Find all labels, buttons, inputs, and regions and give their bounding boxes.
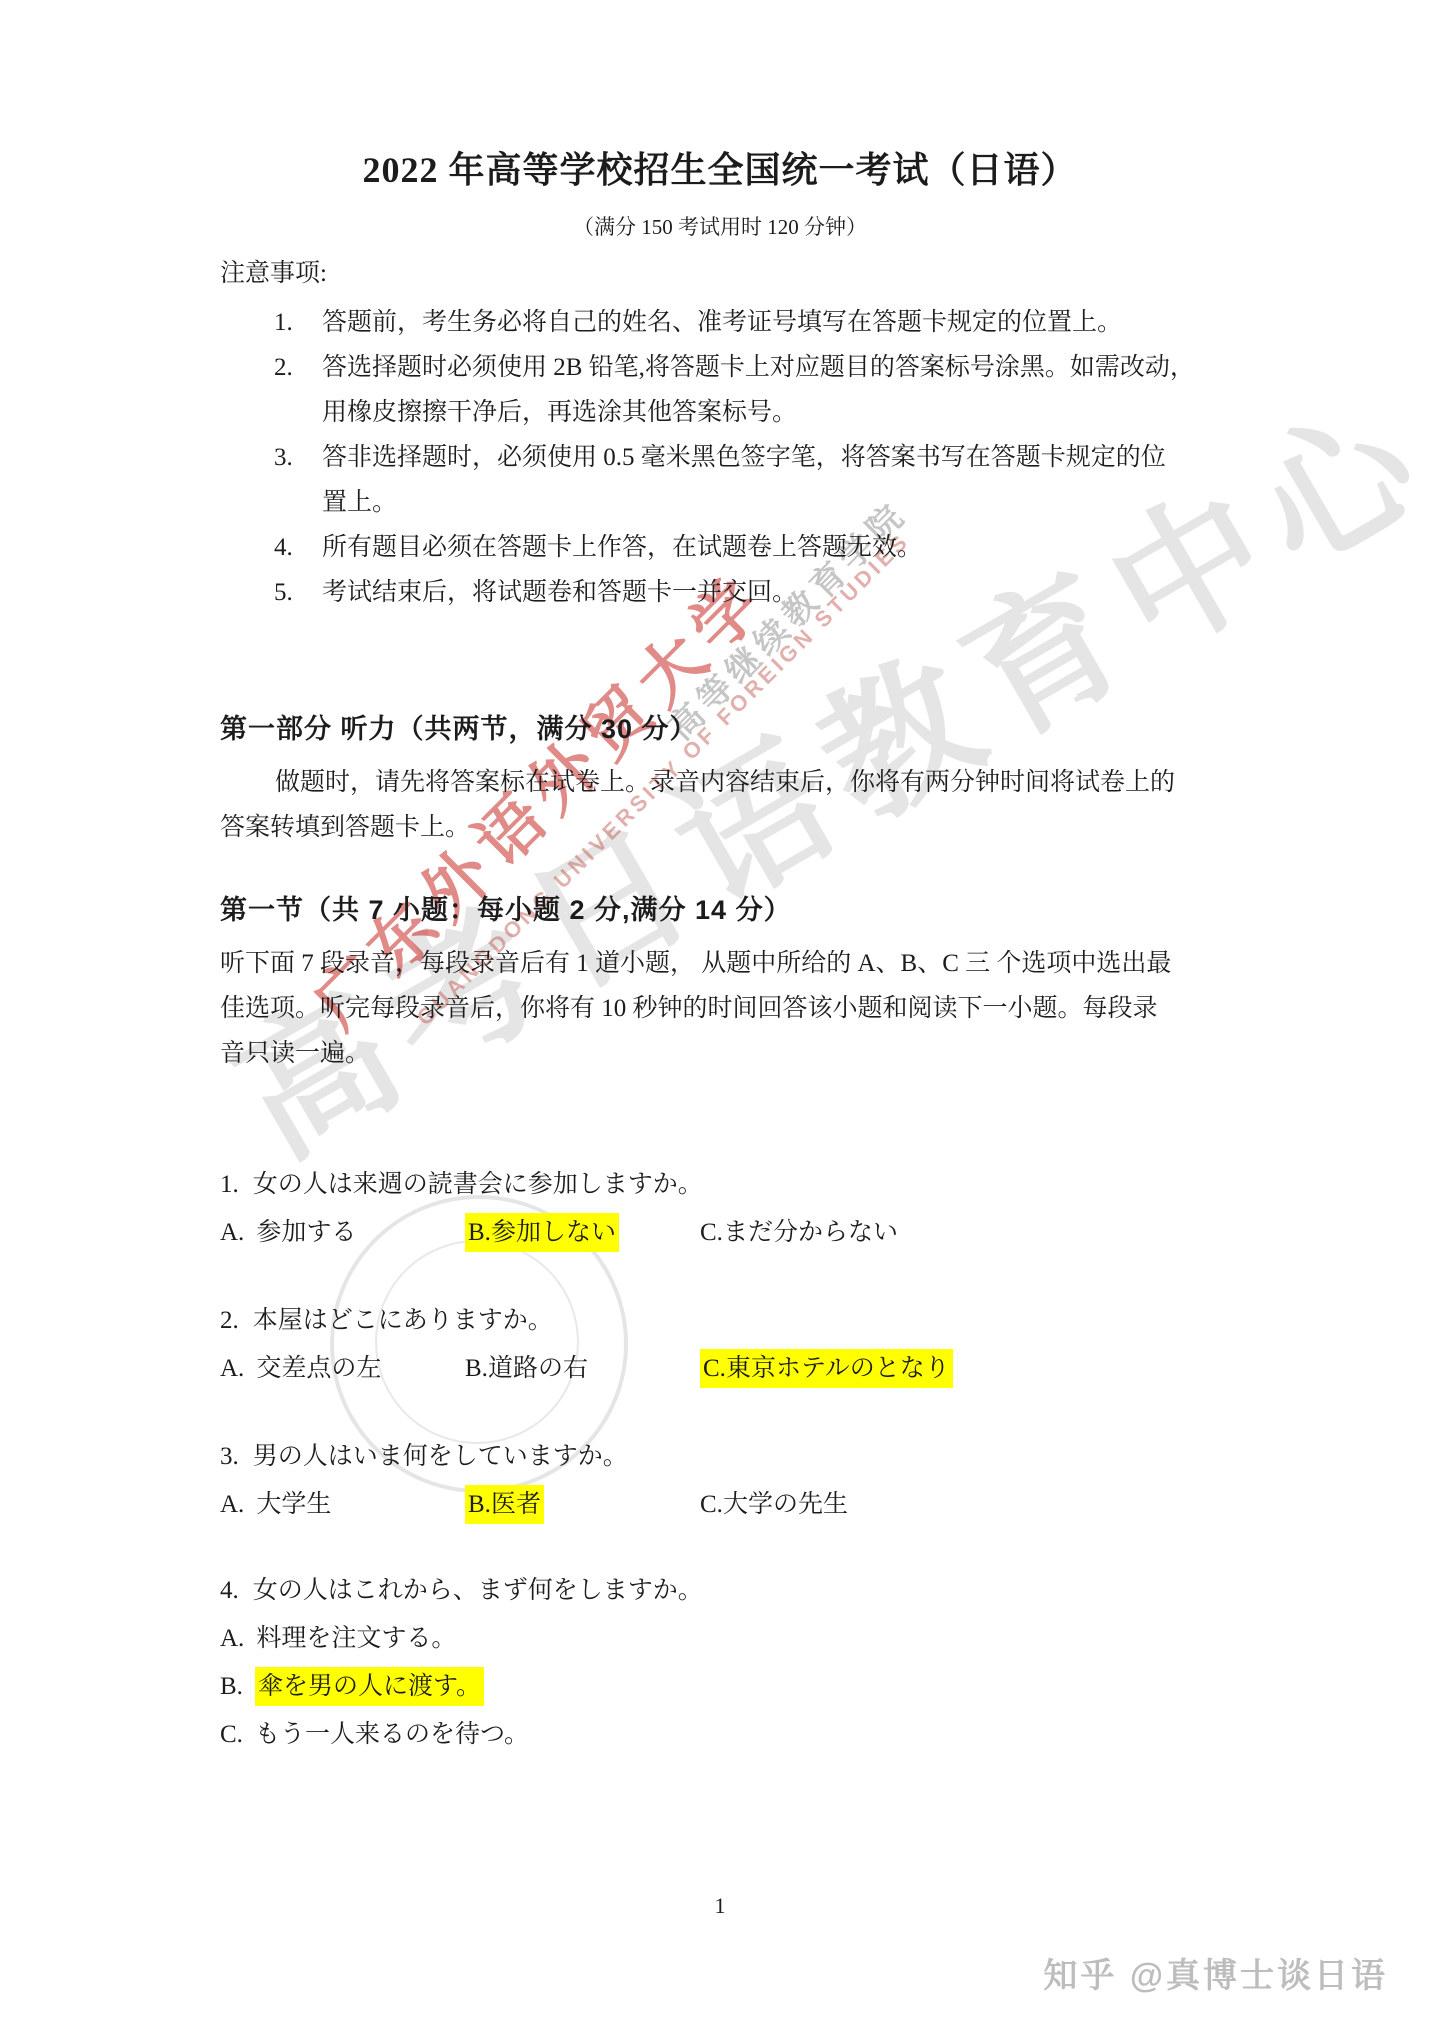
section1-heading: 第一节（共 7 小题：每小题 2 分,满分 14 分）: [220, 888, 1220, 933]
option-label: C.: [703, 1355, 726, 1382]
option-text: 参加する: [256, 1219, 356, 1246]
option-3a: A.大学生: [220, 1481, 465, 1529]
part1-intro: 做题时，请先将答案标在试卷上。录音内容结束后，你将有两分钟时间将试卷上的 答案转…: [220, 760, 1220, 850]
notice-list: 1. 答题前，考生务必将自己的姓名、准考证号填写在答题卡规定的位置上。 2. 答…: [220, 300, 1220, 615]
question-stem: 女の人はこれから、まず何をしますか。: [253, 1577, 703, 1604]
option-label: B.: [465, 1355, 488, 1382]
exam-subtitle: （满分 150 考试用时 120 分钟）: [220, 212, 1220, 242]
exam-title: 2022 年高等学校招生全国统一考试（日语）: [220, 148, 1220, 192]
option-text: 大学生: [256, 1491, 331, 1518]
question-2-text: 2.本屋はどこにありますか。: [220, 1297, 1220, 1345]
option-1a: A.参加する: [220, 1209, 465, 1257]
question-stem: 男の人はいま何をしていますか。: [253, 1443, 628, 1470]
option-text: 大学の先生: [723, 1491, 848, 1518]
question-number: 3.: [220, 1443, 239, 1470]
question-number: 1.: [220, 1171, 239, 1198]
option-text: 傘を男の人に渡す。: [255, 1667, 484, 1706]
notice-item-text: 考试结束后，将试题卷和答题卡一并交回。: [322, 570, 1220, 615]
notice-item-text: 所有题目必须在答题卡上作答，在试题卷上答题无效。: [322, 525, 1220, 570]
option-label: A.: [220, 1625, 244, 1652]
option-2c: C.東京ホテルのとなり: [700, 1345, 1220, 1393]
question-3-options: A.大学生 B.医者 C.大学の先生: [220, 1481, 1220, 1529]
notice-item-4: 4. 所有题目必须在答题卡上作答，在试题卷上答题无效。: [220, 525, 1220, 570]
option-4c: C.もう一人来るのを待つ。: [220, 1711, 1220, 1759]
notice-item-text: 答非选择题时，必须使用 0.5 毫米黑色签字笔，将答案书写在答题卡规定的位 置上…: [322, 435, 1220, 525]
notice-item-2: 2. 答选择题时必须使用 2B 铅笔,将答题卡上对应题目的答案标号涂黑。如需改动…: [220, 345, 1220, 435]
question-number: 2.: [220, 1307, 239, 1334]
option-4a: A.料理を注文する。: [220, 1615, 1220, 1663]
question-1-text: 1.女の人は来週の読書会に参加しますか。: [220, 1161, 1220, 1209]
option-4b: B.傘を男の人に渡す。: [220, 1663, 1220, 1711]
notice-item-number: 4.: [274, 525, 322, 570]
option-text: 交差点の左: [256, 1355, 381, 1382]
section1-intro: 听下面 7 段录音，每段录音后有 1 道小题， 从题中所给的 A、B、C 三 个…: [220, 941, 1220, 1076]
option-text: まだ分からない: [723, 1219, 898, 1246]
document-page: 高考日语教育中心 广东外语外贸大学 GUANGDONG UNIVERSITY O…: [0, 0, 1440, 2036]
option-2a: A.交差点の左: [220, 1345, 465, 1393]
question-stem: 女の人は来週の読書会に参加しますか。: [253, 1171, 703, 1198]
notice-item-5: 5. 考试结束后，将试题卷和答题卡一并交回。: [220, 570, 1220, 615]
option-text: 医者: [491, 1491, 541, 1518]
notice-item-number: 5.: [274, 570, 322, 615]
notice-heading: 注意事项:: [220, 252, 1220, 296]
question-stem: 本屋はどこにありますか。: [253, 1307, 553, 1334]
question-4-text: 4.女の人はこれから、まず何をしますか。: [220, 1567, 1220, 1615]
notice-item-text: 答题前，考生务必将自己的姓名、准考证号填写在答题卡规定的位置上。: [322, 300, 1220, 345]
option-3b: B.医者: [465, 1481, 700, 1529]
question-4: 4.女の人はこれから、まず何をしますか。 A.料理を注文する。 B.傘を男の人に…: [220, 1567, 1220, 1759]
option-3c: C.大学の先生: [700, 1481, 1220, 1529]
notice-item-1: 1. 答题前，考生务必将自己的姓名、准考证号填写在答题卡规定的位置上。: [220, 300, 1220, 345]
notice-item-text: 答选择题时必须使用 2B 铅笔,将答题卡上对应题目的答案标号涂黑。如需改动， 用…: [322, 345, 1220, 435]
option-label: B.: [220, 1673, 243, 1700]
question-1-options: A.参加する B.参加しない C.まだ分からない: [220, 1209, 1220, 1257]
option-text: 料理を注文する。: [256, 1625, 456, 1652]
option-label: A.: [220, 1491, 244, 1518]
question-3-text: 3.男の人はいま何をしていますか。: [220, 1433, 1220, 1481]
option-1b: B.参加しない: [465, 1209, 700, 1257]
option-label: B.: [468, 1219, 491, 1246]
option-label: A.: [220, 1355, 244, 1382]
question-4-options: A.料理を注文する。 B.傘を男の人に渡す。 C.もう一人来るのを待つ。: [220, 1615, 1220, 1759]
option-label: B.: [468, 1491, 491, 1518]
option-1c: C.まだ分からない: [700, 1209, 1220, 1257]
question-1: 1.女の人は来週の読書会に参加しますか。 A.参加する B.参加しない C.まだ…: [220, 1161, 1220, 1257]
option-2b: B.道路の右: [465, 1345, 700, 1393]
document-body: 2022 年高等学校招生全国统一考试（日语） （满分 150 考试用时 120 …: [220, 0, 1220, 1759]
option-text: 参加しない: [491, 1219, 616, 1246]
option-label: C.: [700, 1491, 723, 1518]
question-number: 4.: [220, 1577, 239, 1604]
notice-item-number: 2.: [274, 345, 322, 435]
notice-item-number: 1.: [274, 300, 322, 345]
option-label: A.: [220, 1219, 244, 1246]
option-text: 東京ホテルのとなり: [726, 1355, 950, 1382]
option-label: C.: [220, 1721, 243, 1748]
zhihu-stamp: 知乎 @真博士谈日语: [1043, 1948, 1388, 1997]
option-text: 道路の右: [488, 1355, 588, 1382]
notice-item-number: 3.: [274, 435, 322, 525]
question-2-options: A.交差点の左 B.道路の右 C.東京ホテルのとなり: [220, 1345, 1220, 1393]
option-text: もう一人来るのを待つ。: [255, 1721, 529, 1748]
question-2: 2.本屋はどこにありますか。 A.交差点の左 B.道路の右 C.東京ホテルのとな…: [220, 1297, 1220, 1393]
page-number: 1: [220, 1893, 1220, 1919]
notice-item-3: 3. 答非选择题时，必须使用 0.5 毫米黑色签字笔，将答案书写在答题卡规定的位…: [220, 435, 1220, 525]
option-label: C.: [700, 1219, 723, 1246]
part1-heading: 第一部分 听力（共两节，满分 30 分）: [220, 707, 1220, 752]
question-3: 3.男の人はいま何をしていますか。 A.大学生 B.医者 C.大学の先生: [220, 1433, 1220, 1529]
